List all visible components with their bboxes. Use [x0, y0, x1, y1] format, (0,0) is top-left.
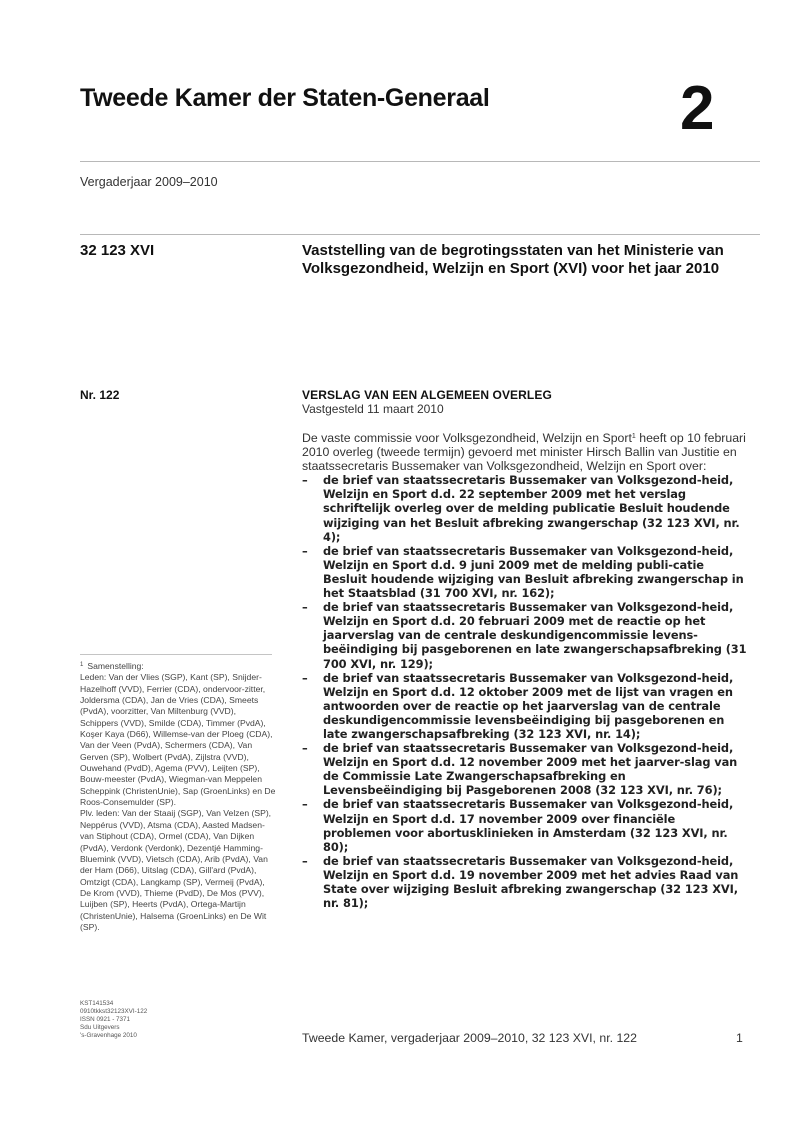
footnote: 1Samenstelling: Leden: Van der Vlies (SG…: [80, 660, 276, 933]
list-dash: –: [302, 741, 308, 755]
agenda-item-text: de brief van staatssecretaris Bussemaker…: [323, 854, 738, 910]
dossier-number: 32 123 XVI: [80, 242, 154, 259]
page-number: 1: [736, 1031, 743, 1045]
document-nr: Nr. 122: [80, 388, 119, 402]
agenda-item-list: –de brief van staatssecretaris Bussemake…: [302, 473, 747, 910]
meta-publisher: Sdu Uitgevers: [80, 1024, 147, 1032]
organization-title: Tweede Kamer der Staten-Generaal: [80, 84, 490, 113]
agenda-item: –de brief van staatssecretaris Bussemake…: [302, 473, 747, 543]
footnote-heading: 1Samenstelling:: [80, 660, 276, 672]
agenda-item-text: de brief van staatssecretaris Bussemaker…: [323, 671, 733, 741]
report-body: De vaste commissie voor Volksgezondheid,…: [302, 430, 747, 910]
footnote-marker: 1: [80, 662, 83, 668]
meta-file-id: 0910tkkst32123XVI-122: [80, 1008, 147, 1016]
footnote-deputies: Plv. leden: Van der Staaij (SGP), Van Ve…: [80, 808, 276, 933]
list-dash: –: [302, 544, 308, 558]
list-dash: –: [302, 797, 308, 811]
footnote-members: Leden: Van der Vlies (SGP), Kant (SP), S…: [80, 672, 276, 808]
volume-number: 2: [680, 78, 714, 140]
document-title: Vaststelling van de begrotingsstaten van…: [302, 242, 742, 277]
report-type: VERSLAG VAN EEN ALGEMEEN OVERLEG: [302, 388, 552, 402]
footnote-divider: [80, 654, 272, 655]
agenda-item: –de brief van staatssecretaris Bussemake…: [302, 741, 747, 797]
agenda-item: –de brief van staatssecretaris Bussemake…: [302, 797, 747, 853]
title-divider: [80, 234, 760, 235]
intro-text-start: De vaste commissie voor Volksgezondheid,…: [302, 431, 632, 445]
list-dash: –: [302, 600, 308, 614]
list-dash: –: [302, 671, 308, 685]
agenda-item-text: de brief van staatssecretaris Bussemaker…: [323, 544, 744, 600]
publication-meta: KST141534 0910tkkst32123XVI-122 ISSN 092…: [80, 1000, 147, 1040]
agenda-item: –de brief van staatssecretaris Bussemake…: [302, 544, 747, 600]
footer-reference: Tweede Kamer, vergaderjaar 2009–2010, 32…: [302, 1031, 637, 1045]
agenda-item-text: de brief van staatssecretaris Bussemaker…: [323, 797, 733, 853]
agenda-item-text: de brief van staatssecretaris Bussemaker…: [323, 600, 746, 670]
agenda-item: –de brief van staatssecretaris Bussemake…: [302, 671, 747, 741]
agenda-item: –de brief van staatssecretaris Bussemake…: [302, 600, 747, 670]
list-dash: –: [302, 854, 308, 868]
footnote-heading-text: Samenstelling:: [87, 661, 143, 671]
meta-issn: ISSN 0921 - 7371: [80, 1016, 147, 1024]
header-divider: [80, 161, 760, 162]
list-dash: –: [302, 473, 308, 487]
intro-paragraph: De vaste commissie voor Volksgezondheid,…: [302, 430, 747, 473]
report-date: Vastgesteld 11 maart 2010: [302, 402, 444, 416]
agenda-item-text: de brief van staatssecretaris Bussemaker…: [323, 473, 740, 543]
agenda-item-text: de brief van staatssecretaris Bussemaker…: [323, 741, 737, 797]
agenda-item: –de brief van staatssecretaris Bussemake…: [302, 854, 747, 910]
meta-place-year: 's-Gravenhage 2010: [80, 1032, 147, 1040]
meta-kst-id: KST141534: [80, 1000, 147, 1008]
session-year: Vergaderjaar 2009–2010: [80, 175, 218, 189]
